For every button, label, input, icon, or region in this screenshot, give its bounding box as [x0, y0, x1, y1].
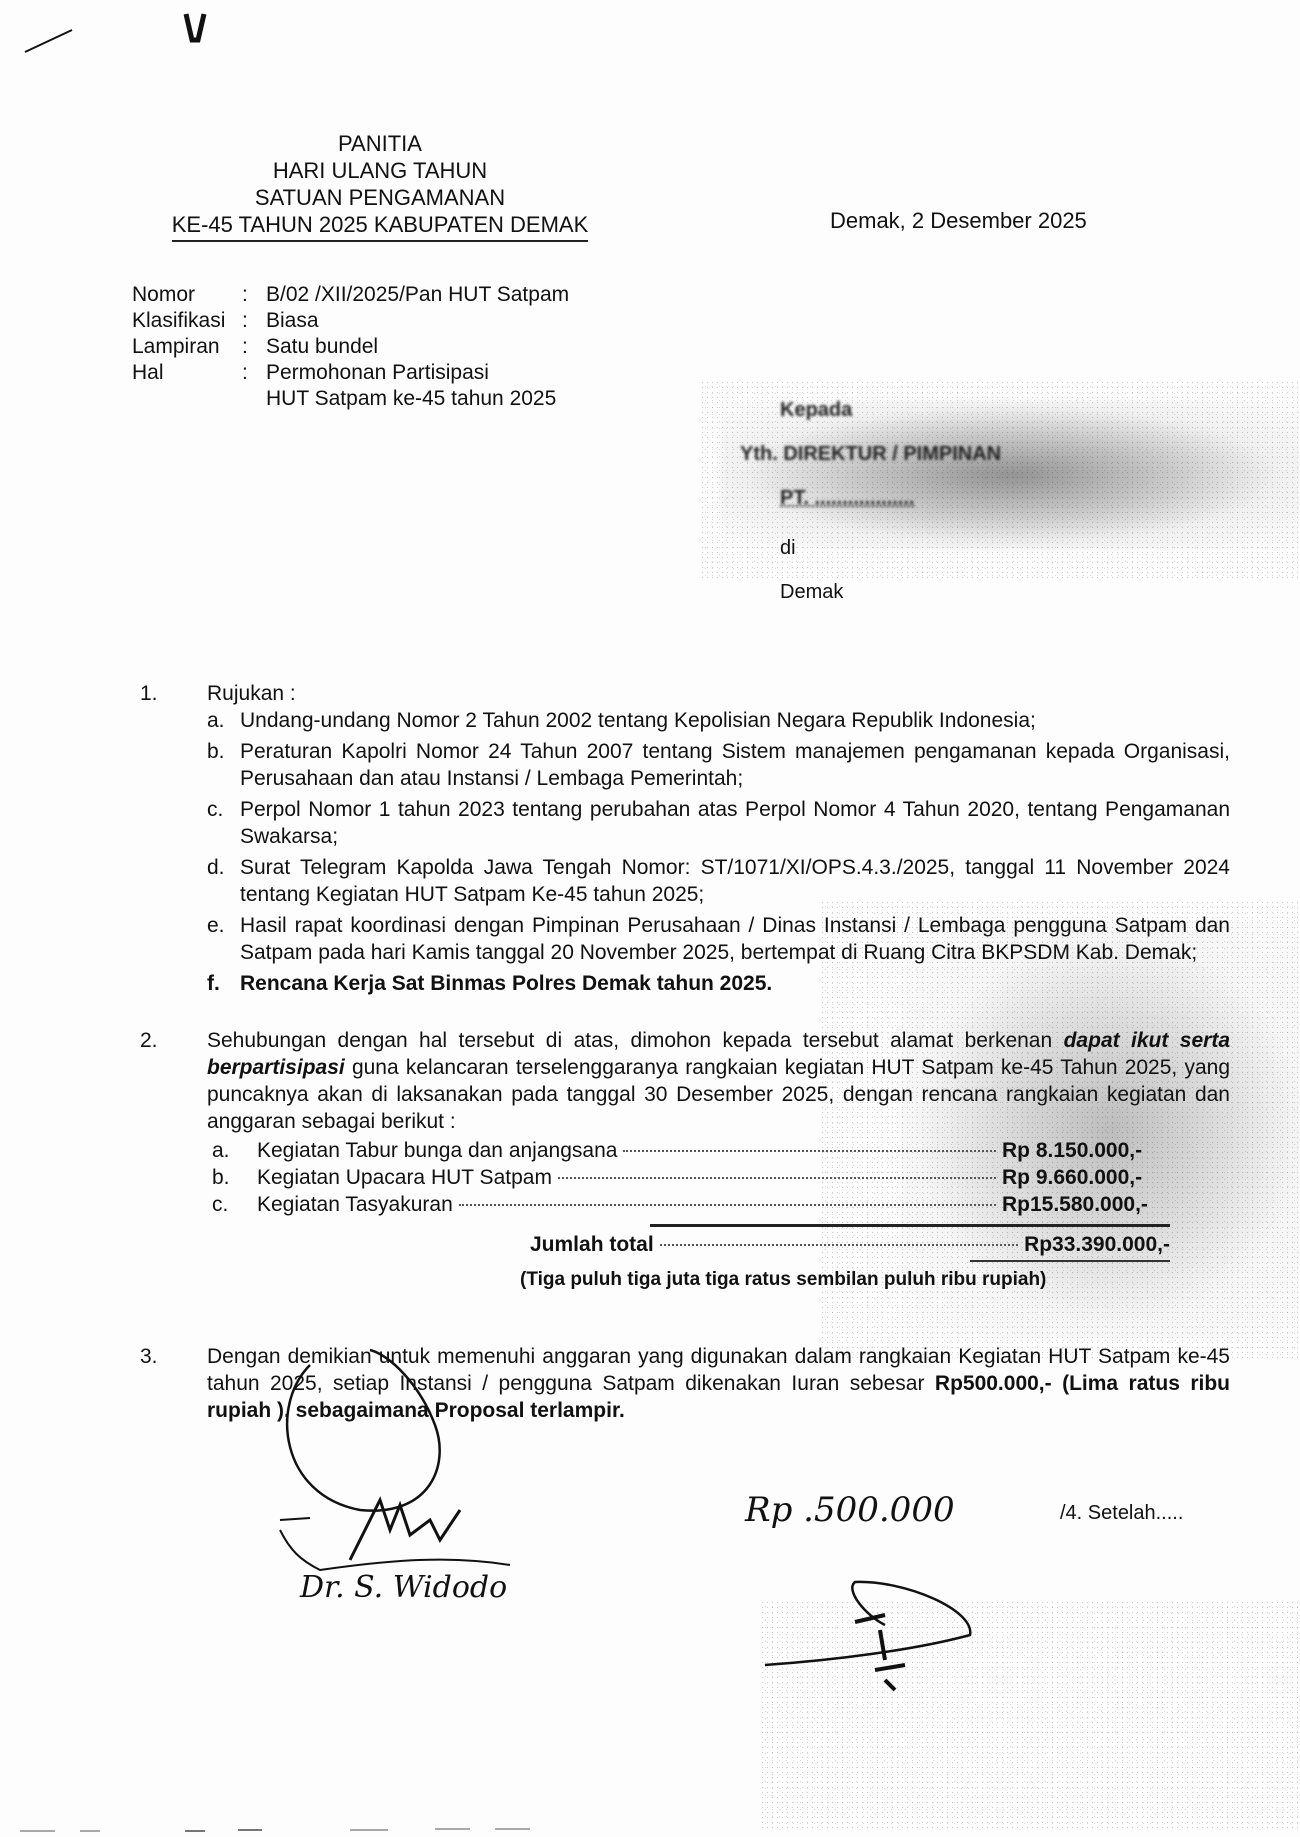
- section-title: Rujukan :: [207, 680, 296, 707]
- meta-row-hal-cont: HUT Satpam ke-45 tahun 2025: [132, 386, 569, 412]
- letter-meta: Nomor:B/02 /XII/2025/Pan HUT Satpam Klas…: [132, 282, 569, 412]
- list-item: d. Surat Telegram Kapolda Jawa Tengah No…: [207, 854, 1230, 908]
- letter-body: 1. Rujukan : a. Undang-undang Nomor 2 Ta…: [140, 680, 1230, 1424]
- amount-in-words: (Tiga puluh tiga juta tiga ratus sembila…: [520, 1266, 1230, 1293]
- list-item: f. Rencana Kerja Sat Binmas Polres Demak…: [207, 970, 1230, 997]
- recipient-di: di: [780, 526, 1001, 570]
- list-item: a. Undang-undang Nomor 2 Tahun 2002 tent…: [207, 707, 1230, 734]
- reference-list: a. Undang-undang Nomor 2 Tahun 2002 tent…: [207, 707, 1230, 997]
- recipient-to: Kepada: [780, 388, 1001, 432]
- section-rujukan: 1. Rujukan : a. Undang-undang Nomor 2 Ta…: [140, 680, 1230, 997]
- total-underline: [970, 1260, 1170, 1262]
- signature-right: [745, 1570, 1005, 1720]
- handwritten-amount: Rp .500.000: [745, 1490, 955, 1530]
- recipient-title: Yth. DIREKTUR / PIMPINAN: [740, 432, 1001, 476]
- handwritten-name: Dr. S. Widodo: [300, 1570, 507, 1605]
- letterhead-line: HARI ULANG TAHUN: [130, 157, 630, 184]
- budget-row: a. Kegiatan Tabur bunga dan anjangsana R…: [212, 1137, 1172, 1164]
- recipient-city: Demak: [780, 570, 1001, 614]
- next-page-marker: /4. Setelah.....: [1060, 1502, 1183, 1525]
- letterhead-line: KE-45 TAHUN 2025 KABUPATEN DEMAK: [172, 211, 589, 242]
- checkmark-icon: [180, 10, 210, 50]
- sum-divider: [650, 1224, 1170, 1227]
- list-item: c. Perpol Nomor 1 tahun 2023 tentang per…: [207, 796, 1230, 850]
- letterhead: PANITIA HARI ULANG TAHUN SATUAN PENGAMAN…: [130, 130, 630, 242]
- letterhead-line: PANITIA: [130, 130, 630, 157]
- budget-total: Jumlah total Rp33.390.000,-: [530, 1231, 1170, 1258]
- recipient-company: PT. ..................: [780, 476, 1001, 520]
- section-request: 2. Sehubungan dengan hal tersebut di ata…: [140, 1027, 1230, 1293]
- pen-stroke-mark: [20, 20, 80, 60]
- recipient-block: Kepada Yth. DIREKTUR / PIMPINAN PT. ....…: [780, 388, 1001, 614]
- meta-row-klasifikasi: Klasifikasi:Biasa: [132, 308, 569, 334]
- letterhead-line: SATUAN PENGAMANAN: [130, 184, 630, 211]
- budget-row: c. Kegiatan Tasyakuran Rp15.580.000,-: [212, 1191, 1172, 1218]
- meta-row-lampiran: Lampiran:Satu bundel: [132, 334, 569, 360]
- meta-row-nomor: Nomor:B/02 /XII/2025/Pan HUT Satpam: [132, 282, 569, 308]
- scan-edge-marks: [0, 1825, 1300, 1837]
- letter-date: Demak, 2 Desember 2025: [830, 208, 1087, 234]
- budget-table: a. Kegiatan Tabur bunga dan anjangsana R…: [212, 1137, 1172, 1218]
- list-item: b. Peraturan Kapolri Nomor 24 Tahun 2007…: [207, 738, 1230, 792]
- contribution-amount: Rp500.000,-: [935, 1372, 1052, 1395]
- list-item: e. Hasil rapat koordinasi dengan Pimpina…: [207, 912, 1230, 966]
- budget-row: b. Kegiatan Upacara HUT Satpam Rp 9.660.…: [212, 1164, 1172, 1191]
- meta-row-hal: Hal:Permohonan Partisipasi: [132, 360, 569, 386]
- request-paragraph: Sehubungan dengan hal tersebut di atas, …: [207, 1027, 1230, 1135]
